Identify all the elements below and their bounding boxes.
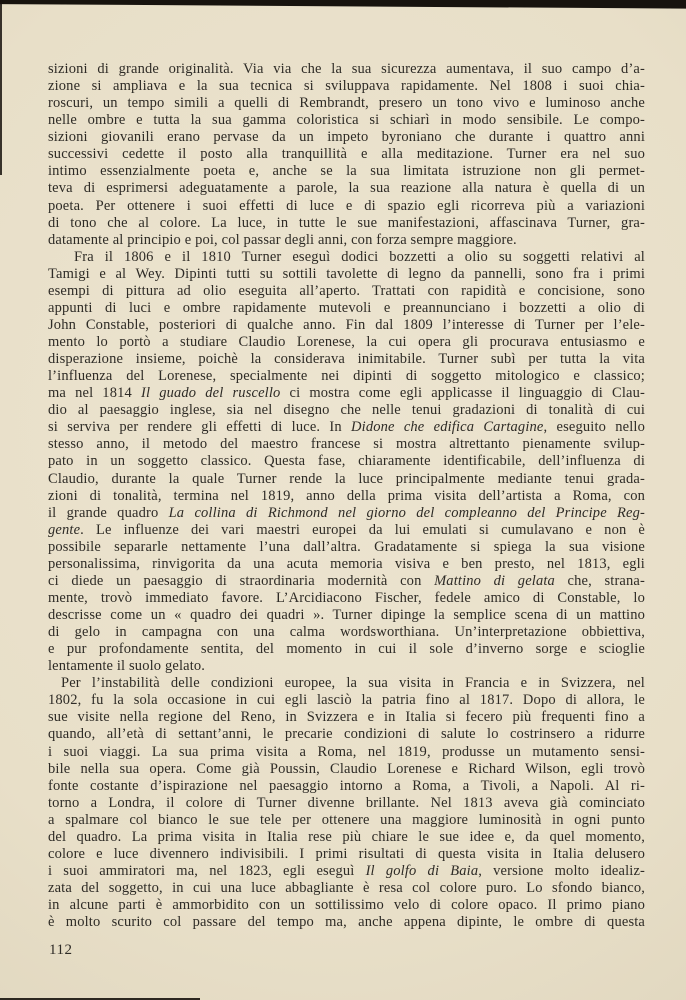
text-line: dio al paesaggio inglese, sia nel disegn… [48, 402, 645, 419]
text-line: si serviva per rendere gli effetti di lu… [48, 419, 645, 436]
text-run: del quadro. La prima visita in Italia re… [48, 829, 645, 845]
text-line: il grande quadro La collina di Richmond … [48, 505, 645, 522]
text-run: teva di esprimersi adeguatamente a parol… [48, 180, 645, 196]
text-run: nelle ombre e tutta la sua gamma coloris… [48, 112, 645, 128]
text-run: John Constable, posteriori di qualche an… [48, 317, 645, 333]
text-run: descrisse come un « quadro dei quadri ».… [48, 607, 645, 623]
text-line: del quadro. La prima visita in Italia re… [48, 829, 645, 846]
text-run: mente, trovò immediato favore. L’Arcidia… [48, 590, 645, 606]
text-run: ci mostra come egli applicasse il lingua… [280, 385, 645, 401]
text-line: poeta. Per ottenere i suoi effetti di lu… [48, 198, 645, 215]
text-run: disperazione insieme, poichè la consider… [48, 351, 645, 367]
text-run: esempi di pittura ad olio eseguita all’a… [48, 283, 645, 299]
text-run: in alcune parti è ammorbidito con un sot… [48, 897, 645, 913]
text-line: di tono che al colore. La luce, in tutte… [48, 215, 645, 232]
text-run: i suoi viaggi. La sua prima visita a Rom… [48, 744, 645, 760]
text-line: datamente al principio e poi, col passar… [48, 232, 645, 249]
text-line: ma nel 1814 Il guado del ruscello ci mos… [48, 385, 645, 402]
text-line: lentamente il suolo gelato. [48, 658, 645, 675]
text-line: descrisse come un « quadro dei quadri ».… [48, 607, 645, 624]
text-line: Tamigi e al Wey. Dipinti tutti su sottil… [48, 266, 645, 283]
text-line: esempi di pittura ad olio eseguita all’a… [48, 283, 645, 300]
text-run: zione si ampliava e la sua tecnica si sv… [48, 78, 645, 94]
text-line: Per l’instabilità delle condizioni europ… [48, 675, 645, 692]
text-run: sizioni giovanili erano pervase da un im… [48, 129, 645, 145]
text-run: i suoi ammiratori ma, nel 1823, egli ese… [48, 863, 366, 879]
text-run: il grande quadro [48, 505, 169, 521]
italic-work-title: Didone che edifica Cartagine [351, 419, 544, 435]
text-line: zata del soggetto, in cui una luce abbag… [48, 880, 645, 897]
text-run: si serviva per rendere gli effetti di lu… [48, 419, 351, 435]
text-run: Tamigi e al Wey. Dipinti tutti su sottil… [48, 266, 645, 282]
text-line: nelle ombre e tutta la sua gamma coloris… [48, 112, 645, 129]
text-run: , versione molto idealiz- [478, 863, 645, 879]
scan-edge-left [0, 0, 2, 175]
text-run: l’influenza del Lorenese, specialmente n… [48, 368, 645, 384]
italic-work-title: gente [48, 522, 80, 538]
text-run: torno a Londra, il colore di Turner dive… [48, 795, 645, 811]
book-page: sizioni di grande originalità. Via via c… [0, 0, 686, 1000]
body-text: sizioni di grande originalità. Via via c… [48, 61, 645, 931]
text-line: appunti di luci e ombre rapidamente mute… [48, 300, 645, 317]
text-line: è molto scurito col passare del tempo ma… [48, 914, 645, 931]
text-run: 1802, fu la sola occasione in cui egli l… [48, 692, 645, 708]
text-run: possibile separarle nettamente l’una dal… [48, 539, 645, 555]
text-run: successivi cedette il posto alla tranqui… [48, 146, 645, 162]
text-line: zioni di tonalità, termina nel 1819, ann… [48, 488, 645, 505]
text-run: è molto scurito col passare del tempo ma… [48, 914, 645, 930]
text-line: gente. Le influenze dei vari maestri eur… [48, 522, 645, 539]
italic-work-title: La collina di Richmond nel giorno del co… [169, 505, 645, 521]
page-number: 112 [49, 942, 72, 959]
text-run: lentamente il suolo gelato. [48, 658, 205, 674]
text-run: personalissima, rinvigorita da una acuta… [48, 556, 645, 572]
text-line: pato in un soggetto classico. Questa fas… [48, 453, 645, 470]
text-line: fonte costante d’ispirazione nel paesagg… [48, 778, 645, 795]
text-line: in alcune parti è ammorbidito con un sot… [48, 897, 645, 914]
text-run: zata del soggetto, in cui una luce abbag… [48, 880, 645, 896]
text-line: 1802, fu la sola occasione in cui egli l… [48, 692, 645, 709]
text-line: personalissima, rinvigorita da una acuta… [48, 556, 645, 573]
text-line: stesso anno, il metodo del maestro franc… [48, 436, 645, 453]
text-line: John Constable, posteriori di qualche an… [48, 317, 645, 334]
text-run: zioni di tonalità, termina nel 1819, ann… [48, 488, 645, 504]
text-run: Claudio, durante la quale Turner rende l… [48, 471, 645, 487]
text-run: di gelo in campagna con una calma wordsw… [48, 624, 645, 640]
italic-work-title: Il golfo di Baia [366, 863, 479, 879]
text-run: intimo essenzialmente poeta e, anche se … [48, 163, 645, 179]
text-line: e pur profondamente sentita, del momento… [48, 641, 645, 658]
text-run: ci diede un paesaggio di straordinaria m… [48, 573, 434, 589]
text-line: torno a Londra, il colore di Turner dive… [48, 795, 645, 812]
text-line: sizioni giovanili erano pervase da un im… [48, 129, 645, 146]
text-line: zione si ampliava e la sua tecnica si sv… [48, 78, 645, 95]
text-run: appunti di luci e ombre rapidamente mute… [48, 300, 645, 316]
text-line: mente, trovò immediato favore. L’Arcidia… [48, 590, 645, 607]
text-line: intimo essenzialmente poeta e, anche se … [48, 163, 645, 180]
text-line: successivi cedette il posto alla tranqui… [48, 146, 645, 163]
text-run: datamente al principio e poi, col passar… [48, 232, 517, 248]
text-run: dio al paesaggio inglese, sia nel disegn… [48, 402, 645, 418]
text-run: fonte costante d’ispirazione nel paesagg… [48, 778, 645, 794]
text-run: quando, all’età di settant’anni, le prec… [48, 726, 645, 742]
text-line: roscuri, un tempo simili a quelli di Rem… [48, 95, 645, 112]
text-line: Fra il 1806 e il 1810 Turner eseguì dodi… [48, 249, 645, 266]
text-line: i suoi ammiratori ma, nel 1823, egli ese… [48, 863, 645, 880]
text-run: che, strana- [555, 573, 645, 589]
text-line: quando, all’età di settant’anni, le prec… [48, 726, 645, 743]
text-line: mento lo portò a studiare Claudio Lorene… [48, 334, 645, 351]
text-run: pato in un soggetto classico. Questa fas… [48, 453, 645, 469]
text-line: teva di esprimersi adeguatamente a parol… [48, 180, 645, 197]
text-run: a spalmare col bianco le sue tele per ot… [48, 812, 645, 828]
text-run: poeta. Per ottenere i suoi effetti di lu… [48, 198, 645, 214]
text-line: di gelo in campagna con una calma wordsw… [48, 624, 645, 641]
text-run: sue visite nella regione del Reno, in Sv… [48, 709, 645, 725]
text-line: possibile separarle nettamente l’una dal… [48, 539, 645, 556]
text-line: ci diede un paesaggio di straordinaria m… [48, 573, 645, 590]
text-run: Per l’instabilità delle condizioni europ… [61, 675, 645, 691]
text-run: Fra il 1806 e il 1810 Turner eseguì dodi… [74, 249, 645, 265]
text-line: Claudio, durante la quale Turner rende l… [48, 471, 645, 488]
text-run: e pur profondamente sentita, del momento… [48, 641, 645, 657]
text-run: . Le influenze dei vari maestri europei … [80, 522, 645, 538]
text-run: bile nella sua opera. Come già Poussin, … [48, 761, 645, 777]
text-line: i suoi viaggi. La sua prima visita a Rom… [48, 744, 645, 761]
text-line: colore e luce divennero indivisibili. I … [48, 846, 645, 863]
text-run: colore e luce divennero indivisibili. I … [48, 846, 645, 862]
text-line: a spalmare col bianco le sue tele per ot… [48, 812, 645, 829]
text-run: , eseguito nello [544, 419, 645, 435]
text-run: di tono che al colore. La luce, in tutte… [48, 215, 645, 231]
text-run: mento lo portò a studiare Claudio Lorene… [48, 334, 645, 350]
text-line: bile nella sua opera. Come già Poussin, … [48, 761, 645, 778]
text-run: roscuri, un tempo simili a quelli di Rem… [48, 95, 645, 111]
text-run: sizioni di grande originalità. Via via c… [48, 61, 645, 77]
text-run: stesso anno, il metodo del maestro franc… [48, 436, 645, 452]
text-line: sizioni di grande originalità. Via via c… [48, 61, 645, 78]
italic-work-title: Mattino di gelata [434, 573, 555, 589]
text-line: disperazione insieme, poichè la consider… [48, 351, 645, 368]
italic-work-title: Il guado del ruscello [141, 385, 280, 401]
scanned-book-page: sizioni di grande originalità. Via via c… [0, 0, 686, 1000]
text-run: ma nel 1814 [48, 385, 141, 401]
text-line: l’influenza del Lorenese, specialmente n… [48, 368, 645, 385]
text-line: sue visite nella regione del Reno, in Sv… [48, 709, 645, 726]
